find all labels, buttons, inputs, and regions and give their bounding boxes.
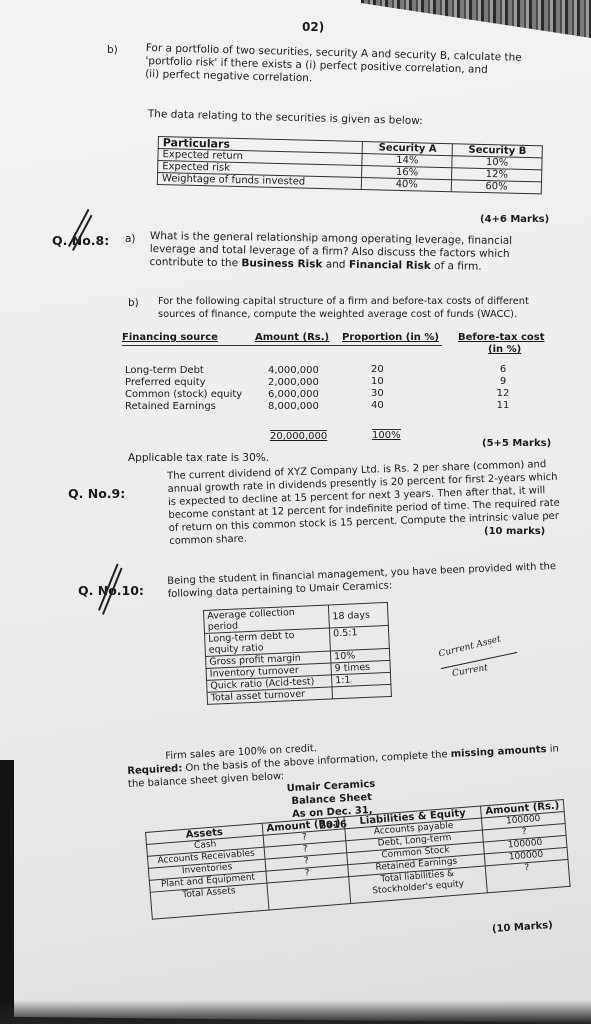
financing-costs: 6 9 12 11 — [496, 364, 510, 412]
q10-marks: (10 Marks) — [492, 920, 553, 935]
q8b-label: b) — [128, 297, 139, 310]
photo-shadow — [0, 760, 14, 1024]
balance-sheet-table: Assets Amount (Rs.) Liabilities & Equity… — [145, 799, 571, 920]
header-amount: Amount (Rs.) — [255, 332, 329, 343]
page-content: 02) b) For a portfolio of two securities… — [0, 0, 591, 1024]
q8a-label: a) — [125, 233, 136, 246]
q7b-intro: The data relating to the securities is g… — [148, 108, 423, 128]
tax-note: Applicable tax rate is 30%. — [128, 452, 269, 465]
total-amount: 20,000,000 — [270, 430, 327, 443]
handwritten-note: Current Asset — [438, 634, 502, 659]
financing-proportions: 20 10 30 40 — [371, 364, 384, 412]
securities-table: Particulars Security A Security B Expect… — [157, 136, 543, 194]
financing-amounts: 4,000,000 2,000,000 6,000,000 8,000,000 — [268, 365, 319, 413]
ratio-table: Average collection period18 days Long-te… — [203, 602, 392, 705]
q9-marks: (10 marks) — [484, 526, 545, 537]
header-financing-source: Financing source — [122, 332, 218, 343]
q8b-text: For the following capital structure of a… — [158, 295, 529, 321]
header-proportion: Proportion (in %) — [342, 332, 439, 343]
header-before-tax-cost: Before-tax cost — [458, 332, 544, 343]
q7b-marks: (4+6 Marks) — [480, 214, 549, 225]
q8-marks: (5+5 Marks) — [482, 438, 551, 449]
q7b-label: b) — [107, 44, 118, 57]
total-proportion: 100% — [372, 429, 401, 442]
page-label: 02) — [302, 20, 324, 34]
q8a-text: What is the general relationship among o… — [149, 230, 512, 274]
q10-text: Being the student in financial managemen… — [167, 560, 557, 601]
q9-number: Q. No.9: — [68, 486, 125, 501]
financing-sources: Long-term Debt Preferred equity Common (… — [125, 365, 242, 413]
header-in-percent: (in %) — [488, 344, 521, 355]
photo-shadow — [0, 1000, 591, 1024]
q7b-text: For a portfolio of two securities, secur… — [145, 42, 522, 91]
